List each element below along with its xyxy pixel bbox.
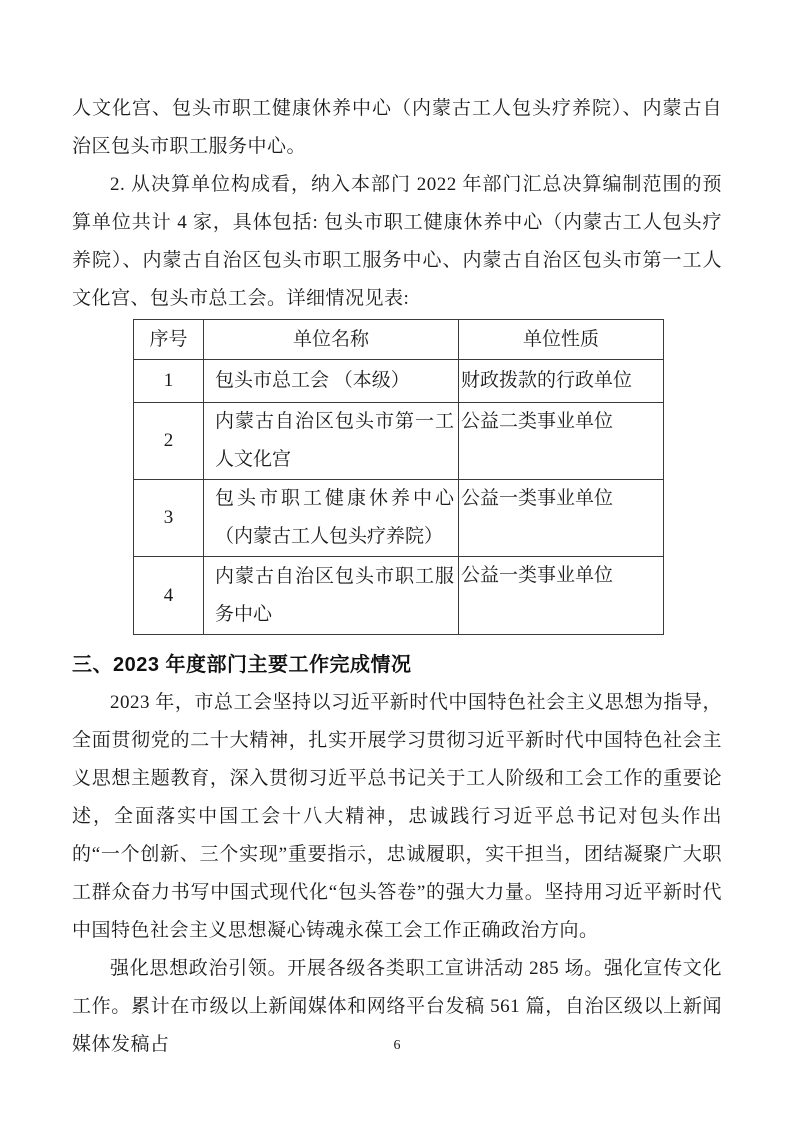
page-content: 人文化宫、包头市职工健康休养中心（内蒙古工人包头疗养院）、内蒙古自治区包头市职工…	[72, 90, 722, 1064]
table-cell-name: 内蒙古自治区包头市职工服务中心	[204, 557, 459, 635]
table-row: 3 包头市职工健康休养中心（内蒙古工人包头疗养院） 公益一类事业单位	[134, 480, 664, 557]
table-cell-no: 3	[134, 480, 204, 557]
table-cell-no: 2	[134, 403, 204, 480]
body-paragraph-2023-work: 2023 年，市总工会坚持以习近平新时代中国特色社会主义思想为指导，全面贯彻党的…	[72, 684, 722, 950]
table-header-type: 单位性质	[459, 320, 664, 360]
body-paragraph-continuation: 人文化宫、包头市职工健康休养中心（内蒙古工人包头疗养院）、内蒙古自治区包头市职工…	[72, 90, 722, 166]
table-header-no: 序号	[134, 320, 204, 360]
body-paragraph-unit-composition: 2. 从决算单位构成看，纳入本部门 2022 年部门汇总决算编制范围的预算单位共…	[72, 166, 722, 318]
table-header-name: 单位名称	[204, 320, 459, 360]
document-page: 人文化宫、包头市职工健康休养中心（内蒙古工人包头疗养院）、内蒙古自治区包头市职工…	[0, 0, 794, 1123]
table-cell-type: 公益二类事业单位	[459, 403, 664, 480]
table-cell-name: 包头市总工会 （本级）	[204, 360, 459, 403]
units-table: 序号 单位名称 单位性质 1 包头市总工会 （本级） 财政拨款的行政单位 2 内…	[133, 319, 664, 635]
page-number: 6	[0, 1038, 794, 1054]
table-cell-no: 4	[134, 557, 204, 635]
section-heading: 三、2023 年度部门主要工作完成情况	[72, 646, 722, 684]
table-cell-type: 公益一类事业单位	[459, 557, 664, 635]
table-cell-no: 1	[134, 360, 204, 403]
table-cell-type: 财政拨款的行政单位	[459, 360, 664, 403]
table-row: 1 包头市总工会 （本级） 财政拨款的行政单位	[134, 360, 664, 403]
table-cell-type: 公益一类事业单位	[459, 480, 664, 557]
table-header-row: 序号 单位名称 单位性质	[134, 320, 664, 360]
table-row: 4 内蒙古自治区包头市职工服务中心 公益一类事业单位	[134, 557, 664, 635]
table-cell-name: 包头市职工健康休养中心（内蒙古工人包头疗养院）	[204, 480, 459, 557]
table-cell-name: 内蒙古自治区包头市第一工人文化宫	[204, 403, 459, 480]
table-row: 2 内蒙古自治区包头市第一工人文化宫 公益二类事业单位	[134, 403, 664, 480]
